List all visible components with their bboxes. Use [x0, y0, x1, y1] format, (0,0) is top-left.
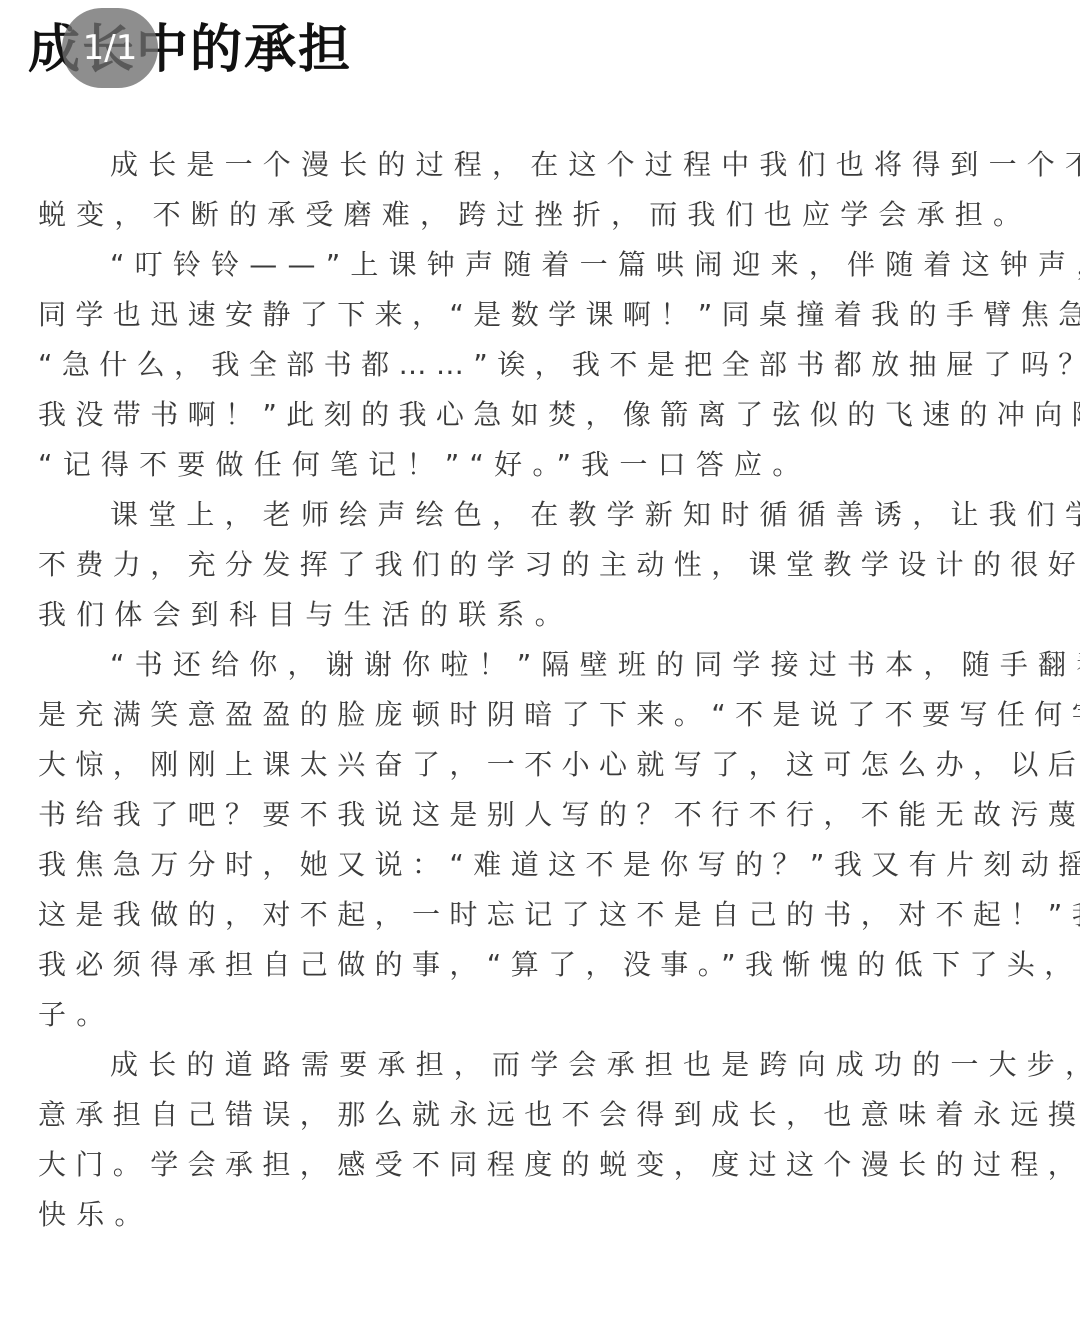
- text-line: 大惊，刚刚上课太兴奋了，一不小心就写了，这可怎么办，以后她都不会借: [38, 740, 1058, 790]
- text-line: 同学也迅速安静了下来，“是数学课啊！”同桌撞着我的手臂焦急的说，: [38, 290, 1058, 340]
- text-line: 是充满笑意盈盈的脸庞顿时阴暗了下来。“不是说了不要写任何字吗？”我: [38, 690, 1058, 740]
- text-line: 课堂上，老师绘声绘色，在教学新知时循循善诱，让我们学习起来毫: [38, 490, 1058, 540]
- text-line: 我焦急万分时，她又说：“难道这不是你写的？”我又有片刻动摇。“不，: [38, 840, 1058, 890]
- text-line: “书还给你，谢谢你啦！”隔壁班的同学接过书本，随手翻看后，本: [38, 640, 1058, 690]
- text-line: 快乐。: [38, 1190, 1058, 1240]
- text-line: “记得不要做任何笔记！”“好。”我一口答应。: [38, 440, 1058, 490]
- text-line: 我们体会到科目与生活的联系。: [38, 590, 1058, 640]
- text-line: 成长是一个漫长的过程，在这个过程中我们也将得到一个不同程度的: [38, 140, 1058, 190]
- document-body: 成长是一个漫长的过程，在这个过程中我们也将得到一个不同程度的 蜕变，不断的承受磨…: [38, 140, 1058, 1240]
- text-line: “急什么，我全部书都……”诶，我不是把全部书都放抽屉了吗？“糟了，: [38, 340, 1058, 390]
- text-line: 意承担自己错误，那么就永远也不会得到成长，也意味着永远摸不到成长的: [38, 1090, 1058, 1140]
- text-line: 我没带书啊！”此刻的我心急如焚，像箭离了弦似的飞速的冲向隔壁班，: [38, 390, 1058, 440]
- text-line: 蜕变，不断的承受磨难，跨过挫折，而我们也应学会承担。: [38, 190, 1058, 240]
- text-line: “叮铃铃——”上课钟声随着一篇哄闹迎来，伴随着这钟声，吵闹的: [38, 240, 1058, 290]
- text-line: 这是我做的，对不起，一时忘记了这不是自己的书，对不起！”我想了想，: [38, 890, 1058, 940]
- text-line: 不费力，充分发挥了我们的学习的主动性，课堂教学设计的很好，同时还让: [38, 540, 1058, 590]
- page-counter-badge: 1/1: [62, 8, 158, 88]
- text-line: 我必须得承担自己做的事，“算了，没事。”我惭愧的低下了头，摸了摸鼻: [38, 940, 1058, 990]
- text-line: 书给我了吧？要不我说这是别人写的？不行不行，不能无故污蔑别人。正当: [38, 790, 1058, 840]
- text-line: 大门。学会承担，感受不同程度的蜕变，度过这个漫长的过程，感受承担的: [38, 1140, 1058, 1190]
- text-line: 成长的道路需要承担，而学会承担也是跨向成功的一大步，如果不愿: [38, 1040, 1058, 1090]
- text-line: 子。: [38, 990, 1058, 1040]
